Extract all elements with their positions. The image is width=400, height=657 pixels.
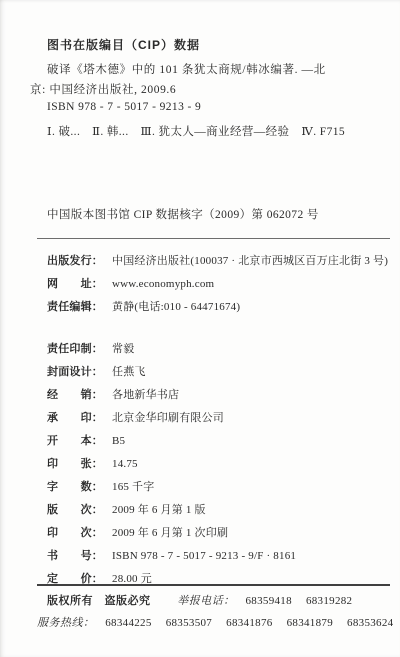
pubinfo-value: 黄静(电话:010 - 64471674) <box>112 301 240 313</box>
pubinfo-row-price: 定 价：28.00 元 <box>47 570 296 593</box>
pubinfo-row-publisher: 出版发行：中国经济出版社(100037 · 北京市西城区百万庄北街 3 号) <box>47 252 388 275</box>
pubinfo-row-word-count: 字 数：165 千字 <box>47 478 296 501</box>
report-phone-numbers: 68359418 68319282 <box>246 595 353 607</box>
copyright-notice: 版权所有 盗版必究 <box>47 595 151 607</box>
pubinfo-value: 北京金华印刷有限公司 <box>112 412 224 424</box>
pubinfo-row-print-supervisor: 责任印制：常毅 <box>47 340 296 363</box>
pubinfo-value: 14.75 <box>112 458 138 470</box>
pubinfo-row-sheets: 印 张：14.75 <box>47 455 296 478</box>
pubinfo-label: 承 印： <box>47 409 103 425</box>
pubinfo-value: 2009 年 6 月第 1 版 <box>112 504 206 516</box>
pubinfo-row-cover-design: 封面设计：任燕飞 <box>47 363 296 386</box>
service-hotline-numbers: 68344225 68353507 68341876 68341879 6835… <box>105 617 393 629</box>
pubinfo-value: 常毅 <box>112 343 134 355</box>
pubinfo-row-edition: 版 次：2009 年 6 月第 1 版 <box>47 501 296 524</box>
divider-line-bottom <box>37 584 390 586</box>
report-phone-label: 举报电话： <box>177 595 235 607</box>
cip-book-line-1: 破译《塔木德》中的 101 条犹太商规/韩冰编著. —北 <box>47 61 326 77</box>
pubinfo-value: 中国经济出版社(100037 · 北京市西城区百万庄北街 3 号) <box>112 255 388 267</box>
pubinfo-value: 165 千字 <box>112 481 154 493</box>
pubinfo-row-impression: 印 次：2009 年 6 月第 1 次印刷 <box>47 524 296 547</box>
pubinfo-label: 版 次： <box>47 501 103 517</box>
pubinfo-label: 开 本： <box>47 432 103 448</box>
pubinfo-label: 封面设计： <box>47 363 103 379</box>
pubinfo-label: 责任印制： <box>47 340 103 356</box>
pubinfo-label: 网 址： <box>47 275 103 291</box>
pubinfo-label: 出版发行： <box>47 252 103 268</box>
cip-block-title: 图书在版编目（CIP）数据 <box>47 36 200 53</box>
pubinfo-row-printer: 承 印：北京金华印刷有限公司 <box>47 409 296 432</box>
pubinfo-value: 各地新华书店 <box>112 389 179 401</box>
divider-line-top <box>37 238 390 239</box>
pubinfo-value: B5 <box>112 435 125 447</box>
pubinfo-row-book-number: 书 号：ISBN 978 - 7 - 5017 - 9213 - 9/F · 8… <box>47 547 296 570</box>
pubinfo-row-format: 开 本：B5 <box>47 432 296 455</box>
pubinfo-label: 书 号： <box>47 547 103 563</box>
pubinfo-row-website: 网 址：www.economyph.com <box>47 275 388 298</box>
pubinfo-label: 字 数： <box>47 478 103 494</box>
pubinfo-label: 责任编辑： <box>47 298 103 314</box>
pubinfo-value: ISBN 978 - 7 - 5017 - 9213 - 9/F · 8161 <box>112 550 296 562</box>
pubinfo-label: 经 销： <box>47 386 103 402</box>
copyright-notice-line: 版权所有 盗版必究 举报电话： 68359418 68319282 <box>47 592 352 608</box>
cip-book-line-2: 京: 中国经济出版社, 2009.6 <box>30 81 176 97</box>
copyright-page: 图书在版编目（CIP）数据 破译《塔木德》中的 101 条犹太商规/韩冰编著. … <box>0 0 400 657</box>
publication-info-group-1: 出版发行：中国经济出版社(100037 · 北京市西城区百万庄北街 3 号) 网… <box>47 252 388 321</box>
pubinfo-value: 任燕飞 <box>112 366 146 378</box>
cip-category-line: Ⅰ. 破... Ⅱ. 韩... Ⅲ. 犹太人—商业经营—经验 Ⅳ. F715 <box>47 123 345 139</box>
pubinfo-label: 印 次： <box>47 524 103 540</box>
cip-isbn-line: ISBN 978 - 7 - 5017 - 9213 - 9 <box>47 101 201 113</box>
pubinfo-value: 2009 年 6 月第 1 次印刷 <box>112 527 228 539</box>
publication-info-group-2: 责任印制：常毅 封面设计：任燕飞 经 销：各地新华书店 承 印：北京金华印刷有限… <box>47 340 296 593</box>
pubinfo-row-editor: 责任编辑：黄静(电话:010 - 64471674) <box>47 298 388 321</box>
pubinfo-label: 印 张： <box>47 455 103 471</box>
service-hotline-label: 服务热线： <box>37 617 95 629</box>
service-hotline-line: 服务热线： 68344225 68353507 68341876 6834187… <box>37 614 393 630</box>
pubinfo-value: www.economyph.com <box>112 278 214 290</box>
cip-registration-line: 中国版本图书馆 CIP 数据核字（2009）第 062072 号 <box>47 206 319 222</box>
pubinfo-row-distributor: 经 销：各地新华书店 <box>47 386 296 409</box>
